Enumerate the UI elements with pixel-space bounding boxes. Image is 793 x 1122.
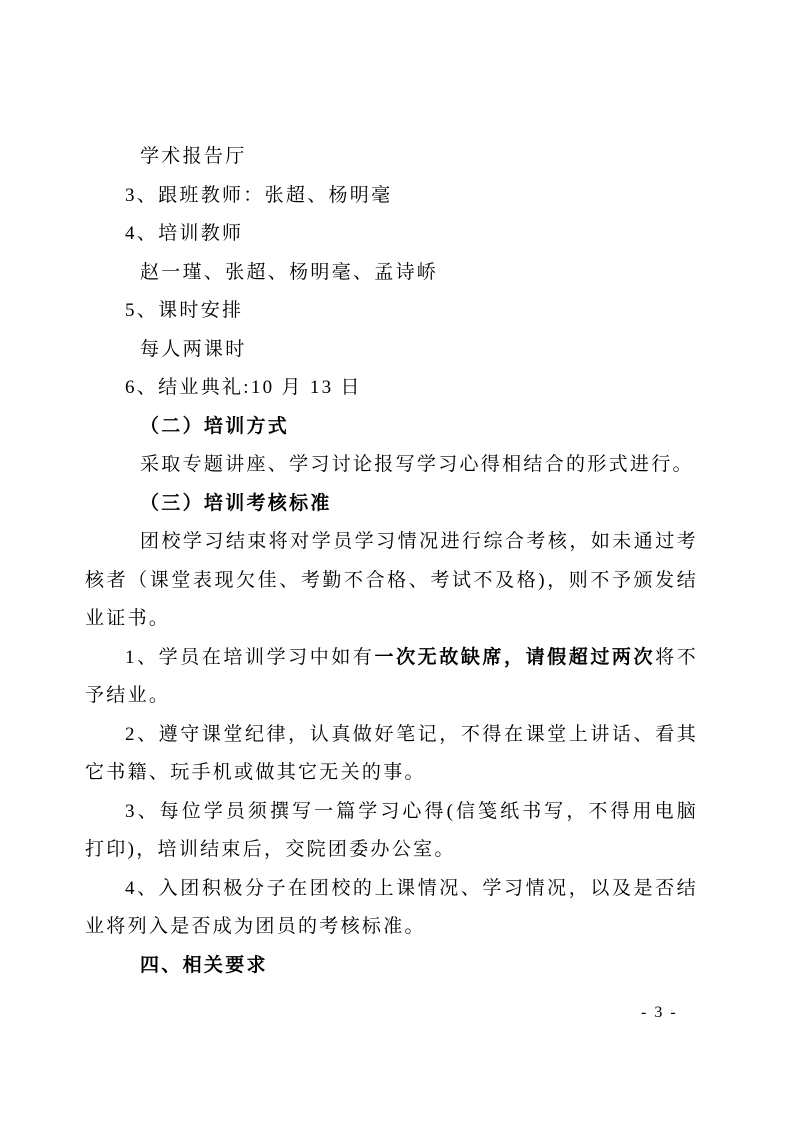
teacher-names-line: 赵一瑾、张超、杨明毫、孟诗峤 [85, 254, 698, 293]
item-follow-teachers: 3、跟班教师：张超、杨明毫 [85, 177, 698, 216]
document-page: 学术报告厅 3、跟班教师：张超、杨明毫 4、培训教师 赵一瑾、张超、杨明毫、孟诗… [0, 0, 793, 1122]
page-number: - 3 - [641, 1002, 678, 1024]
assessment-intro-paragraph: 团校学习结束将对学员学习情况进行综合考核，如未通过考核者（课堂表现欠佳、考勤不合… [85, 523, 698, 639]
rule-1-segment-normal: 1、学员在培训学习中如有 [125, 647, 375, 668]
heading-training-method: （二）培训方式 [85, 408, 698, 447]
schedule-detail-line: 每人两课时 [85, 331, 698, 370]
item-closing-ceremony: 6、结业典礼:10 月 13 日 [85, 369, 698, 408]
training-method-text: 采取专题讲座、学习讨论报写学习心得相结合的形式进行。 [85, 446, 698, 485]
rule-2-paragraph: 2、遵守课堂纪律，认真做好笔记，不得在课堂上讲话、看其它书籍、玩手机或做其它无关… [85, 716, 698, 793]
item-training-teachers: 4、培训教师 [85, 215, 698, 254]
rule-3-paragraph: 3、每位学员须撰写一篇学习心得(信笺纸书写，不得用电脑打印)，培训结束后，交院团… [85, 793, 698, 870]
rule-1-segment-bold: 一次无故缺席，请假超过两次 [375, 647, 656, 668]
venue-line: 学术报告厅 [85, 138, 698, 177]
heading-related-requirements: 四、相关要求 [85, 947, 698, 986]
document-body: 学术报告厅 3、跟班教师：张超、杨明毫 4、培训教师 赵一瑾、张超、杨明毫、孟诗… [85, 138, 698, 985]
rule-1-paragraph: 1、学员在培训学习中如有一次无故缺席，请假超过两次将不予结业。 [85, 639, 698, 716]
heading-assessment-standard: （三）培训考核标准 [85, 485, 698, 524]
item-schedule: 5、课时安排 [85, 292, 698, 331]
rule-4-paragraph: 4、入团积极分子在团校的上课情况、学习情况，以及是否结业将列入是否成为团员的考核… [85, 870, 698, 947]
